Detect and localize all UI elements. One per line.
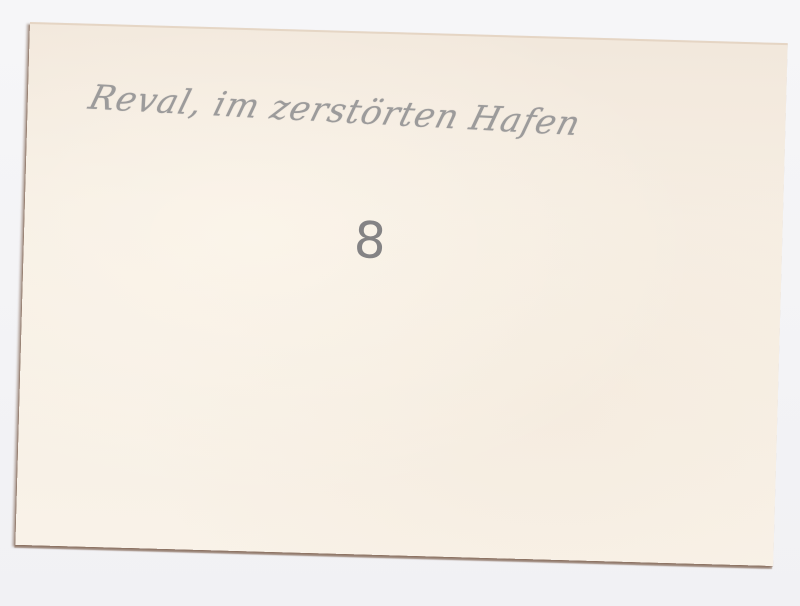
- card-top-edge: [30, 22, 788, 45]
- handwritten-caption: Reval, im zerstörten Hafen: [85, 78, 586, 144]
- photo-card-back: Reval, im zerstörten Hafen 8: [15, 22, 787, 566]
- handwritten-number: 8: [352, 211, 388, 271]
- scan-background: Reval, im zerstörten Hafen 8: [0, 0, 800, 606]
